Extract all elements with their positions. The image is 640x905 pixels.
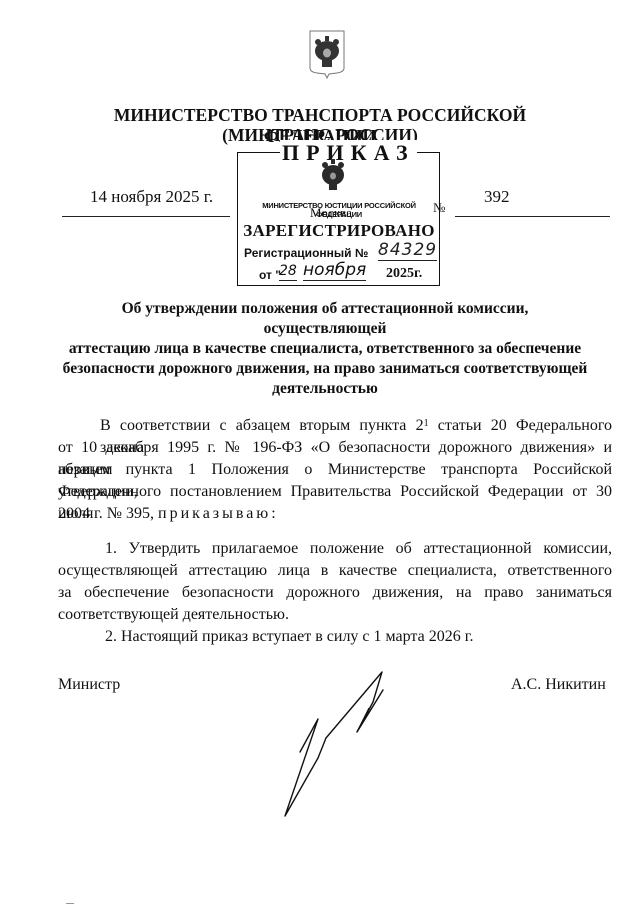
preamble-line: 2004 г. № 395, приказываю: — [58, 503, 612, 525]
registration-date-year: 2025г. — [386, 266, 422, 282]
preamble-line: от 10 декабря 1995 г. № 196-ФЗ «О безопа… — [58, 437, 612, 459]
title-line: деятельностью — [60, 379, 590, 399]
registration-date-month: ноября — [303, 261, 366, 281]
item-2-line: 2. Настоящий приказ вступает в силу с 1 … — [58, 626, 612, 648]
order-items: 1. Утвердить прилагаемое положение об ат… — [58, 538, 612, 648]
date-underline — [62, 216, 230, 217]
number-underline — [455, 216, 610, 217]
registration-date-day: 28 — [279, 263, 297, 281]
preamble-line: первым пункта 1 Положения о Министерстве… — [58, 459, 612, 481]
registration-number-label: Регистрационный № — [244, 246, 368, 260]
preamble-paragraph: В соответствии с абзацем вторым пункта 2… — [58, 415, 612, 525]
registration-status: ЗАРЕГИСТРИРОВАНО — [240, 221, 438, 241]
number-sign: № — [433, 200, 445, 216]
preamble-text: В соответствии с абзацем вторым пункта 2 — [100, 417, 424, 434]
registration-number: 84329 — [378, 240, 437, 261]
document-type-heading: ПРИКАЗ — [280, 140, 417, 166]
item-1-line: осуществляющей аттестацию лица в качеств… — [58, 560, 612, 582]
preamble-line: утвержденного постановлением Правительст… — [58, 481, 612, 503]
item-1-line: соответствующей деятельностью. — [58, 604, 612, 626]
registration-date-prefix: от " — [259, 268, 281, 282]
city: Москва — [310, 205, 352, 221]
title-line: Об утверждении положения об аттестационн… — [60, 299, 590, 339]
order-verb: приказываю: — [158, 505, 279, 522]
preamble-line: В соответствии с абзацем вторым пункта 2… — [58, 415, 612, 437]
preamble-text: 2004 г. № 395, — [58, 505, 158, 522]
stamp-eagle-icon — [318, 158, 348, 192]
handwritten-signature-icon — [280, 668, 400, 818]
title-line: аттестацию лица в качестве специалиста, … — [60, 339, 590, 359]
russian-coat-of-arms-icon — [307, 28, 347, 80]
order-number: 392 — [484, 187, 510, 207]
item-1-line: за обеспечение безопасности дорожного дв… — [58, 582, 612, 604]
item-1-line: 1. Утвердить прилагаемое положение об ат… — [58, 538, 612, 560]
page-mark — [66, 903, 74, 904]
superscript: 1 — [424, 418, 429, 429]
title-line: безопасности дорожного движения, на прав… — [60, 359, 590, 379]
signatory-position: Министр — [58, 676, 120, 694]
signatory-name: А.С. Никитин — [511, 676, 606, 694]
order-date: 14 ноября 2025 г. — [90, 187, 213, 207]
order-title: Об утверждении положения об аттестационн… — [60, 299, 590, 399]
